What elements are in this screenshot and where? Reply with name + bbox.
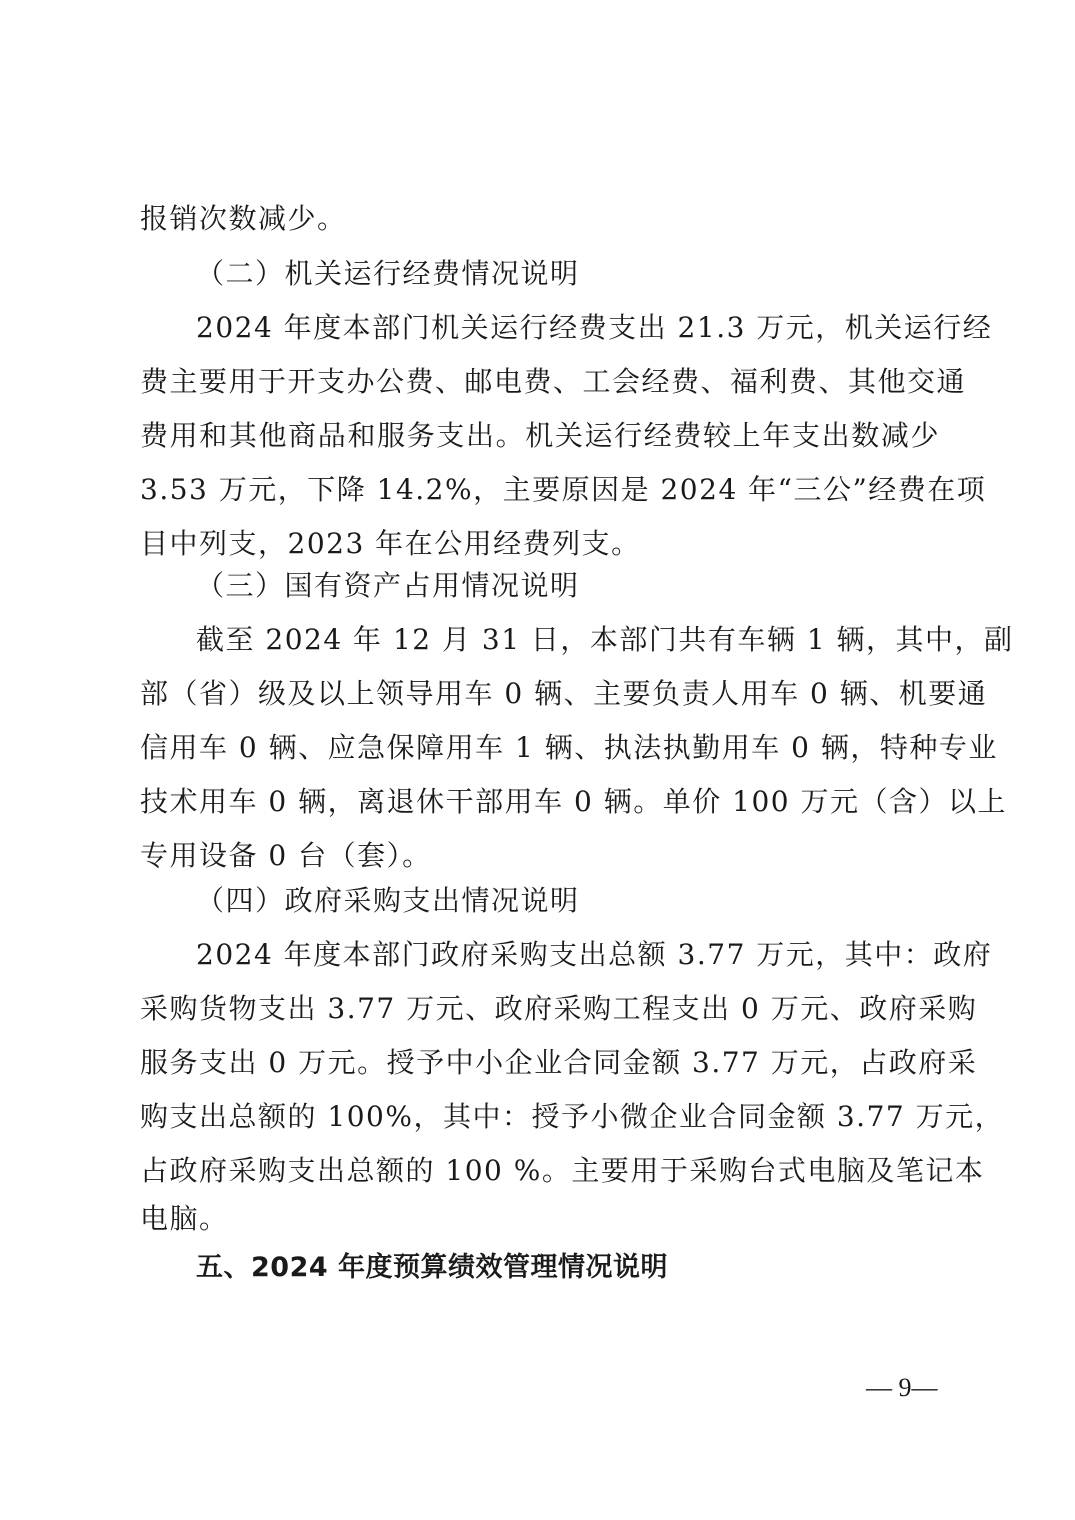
subheading-government-procurement: （四）政府采购支出情况说明	[196, 883, 940, 919]
body-line: 2024 年度本部门政府采购支出总额 3.77 万元，其中：政府	[196, 937, 940, 973]
body-line: 专用设备 0 台（套）。	[140, 838, 940, 874]
subheading-operating-expenses: （二）机关运行经费情况说明	[196, 256, 940, 292]
body-line: 部（省）级及以上领导用车 0 辆、主要负责人用车 0 辆、机要通	[140, 676, 940, 712]
section-heading-performance-management: 五、2024 年度预算绩效管理情况说明	[196, 1250, 940, 1286]
body-line: 采购货物支出 3.77 万元、政府采购工程支出 0 万元、政府采购	[140, 991, 940, 1027]
body-line: 目中列支，2023 年在公用经费列支。	[140, 526, 940, 562]
body-line: 技术用车 0 辆，离退休干部用车 0 辆。单价 100 万元（含）以上	[140, 784, 940, 820]
body-line: 截至 2024 年 12 月 31 日，本部门共有车辆 1 辆，其中，副	[196, 622, 940, 658]
body-line: 电脑。	[140, 1201, 940, 1237]
body-line: 占政府采购支出总额的 100 %。主要用于采购台式电脑及笔记本	[140, 1153, 940, 1189]
body-line: 费用和其他商品和服务支出。机关运行经费较上年支出数减少	[140, 418, 940, 454]
body-line: 3.53 万元，下降 14.2%，主要原因是 2024 年“三公”经费在项	[140, 472, 940, 508]
body-line: 报销次数减少。	[140, 201, 940, 237]
body-line: 费主要用于开支办公费、邮电费、工会经费、福利费、其他交通	[140, 364, 940, 400]
body-line: 服务支出 0 万元。授予中小企业合同金额 3.77 万元，占政府采	[140, 1045, 940, 1081]
page-number: — 9—	[866, 1372, 938, 1404]
body-line: 2024 年度本部门机关运行经费支出 21.3 万元，机关运行经	[196, 310, 940, 346]
document-page: 报销次数减少。 （二）机关运行经费情况说明 2024 年度本部门机关运行经费支出…	[0, 0, 1075, 1520]
body-line: 购支出总额的 100%，其中：授予小微企业合同金额 3.77 万元，	[140, 1099, 940, 1135]
body-line: 信用车 0 辆、应急保障用车 1 辆、执法执勤用车 0 辆，特种专业	[140, 730, 940, 766]
subheading-state-assets: （三）国有资产占用情况说明	[196, 568, 940, 604]
